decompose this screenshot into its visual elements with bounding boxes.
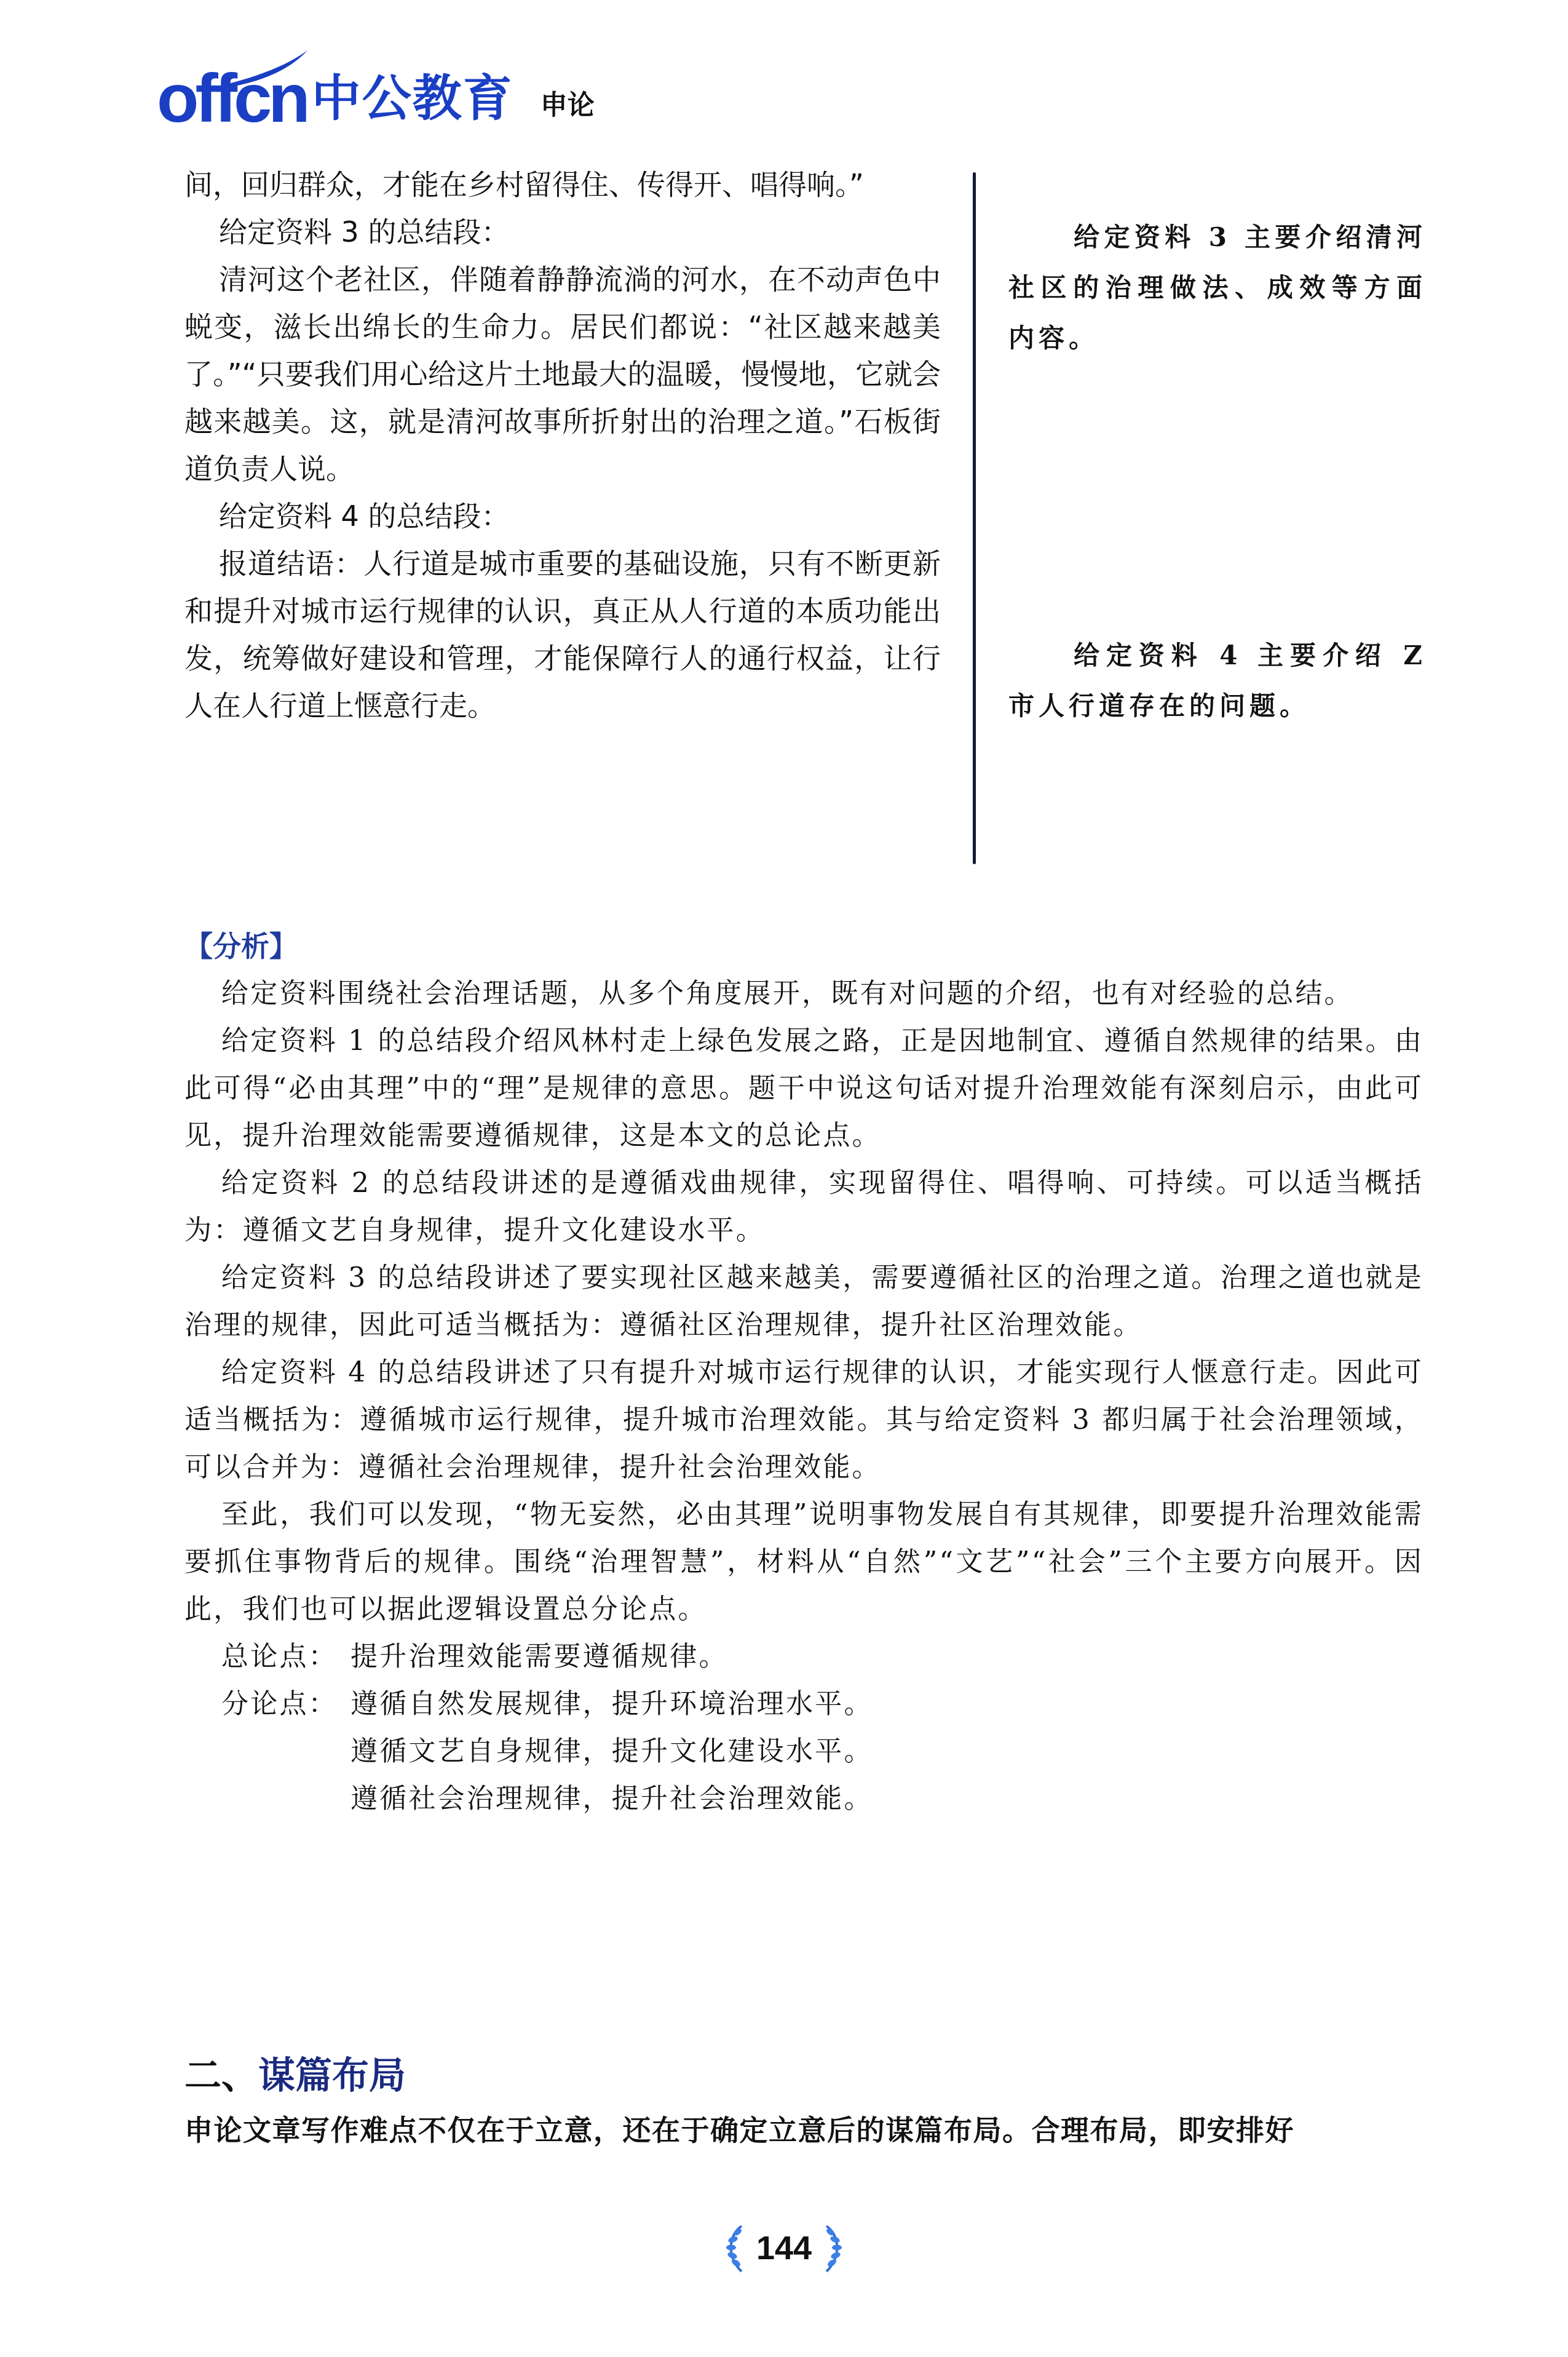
- swoosh-icon: [194, 49, 311, 92]
- excerpt-continuation: 间，回归群众，才能在乡村留得住、传得开、唱得响。”: [184, 161, 941, 209]
- main-point: 总论点： 提升治理效能需要遵循规律。: [184, 1633, 1423, 1680]
- analysis-paragraph: 给定资料 4 的总结段讲述了只有提升对城市运行规律的认识，才能实现行人惬意行走。…: [184, 1349, 1423, 1491]
- sub-point: 分论点： 遵循自然发展规律，提升环境治理水平。: [184, 1680, 1423, 1728]
- section-heading: 二、谋篇布局: [184, 2048, 406, 2104]
- publisher-logo: offcn 中公教育 申论: [157, 62, 595, 129]
- section-title: 谋篇布局: [258, 2054, 406, 2097]
- sub-point: 分论点： 遵循文艺自身规律，提升文化建设水平。: [184, 1728, 1423, 1775]
- column-divider: [973, 172, 976, 864]
- main-point-value: 提升治理效能需要遵循规律。: [350, 1633, 728, 1680]
- excerpt-heading-3: 给定资料 3 的总结段：: [184, 209, 941, 256]
- page-number-badge: 144: [710, 2214, 858, 2282]
- sub-point-label: 分论点：: [184, 1680, 350, 1728]
- analysis-body: 给定资料围绕社会治理话题，从多个角度展开，既有对问题的介绍，也有对经验的总结。 …: [184, 970, 1423, 1822]
- analysis-paragraph: 至此，我们可以发现，“物无妄然，必由其理”说明事物发展自有其规律，即要提升治理效…: [184, 1491, 1423, 1633]
- analysis-paragraph: 给定资料围绕社会治理话题，从多个角度展开，既有对问题的介绍，也有对经验的总结。: [184, 970, 1423, 1017]
- laurel-right-icon: [820, 2224, 845, 2273]
- excerpt-heading-4: 给定资料 4 的总结段：: [184, 493, 941, 540]
- brand-chinese: 中公教育: [312, 68, 513, 129]
- sub-point-value: 遵循文艺自身规律，提升文化建设水平。: [350, 1728, 873, 1775]
- sidenote-text: 给定资料 3 主要介绍清河社区的治理做法、成效等方面内容。: [1008, 212, 1427, 364]
- main-point-label: 总论点：: [184, 1633, 350, 1680]
- sidenote-material-4: 给定资料 4 主要介绍 Z 市人行道存在的问题。: [1008, 630, 1427, 731]
- excerpt-body-3: 清河这个老社区，伴随着静静流淌的河水，在不动声色中蜕变，滋长出绵长的生命力。居民…: [184, 256, 941, 493]
- section-number: 二、: [184, 2054, 258, 2097]
- analysis-paragraph: 给定资料 2 的总结段讲述的是遵循戏曲规律，实现留得住、唱得响、可持续。可以适当…: [184, 1159, 1423, 1254]
- page-number: 144: [756, 2229, 812, 2267]
- material-excerpts: 间，回归群众，才能在乡村留得住、传得开、唱得响。” 给定资料 3 的总结段： 清…: [184, 161, 941, 729]
- analysis-label: 【分析】: [184, 923, 298, 970]
- section-body: 申论文章写作难点不仅在于立意，还在于确定立意后的谋篇布局。合理布局，即安排好: [184, 2107, 1423, 2154]
- excerpt-body-4: 报道结语：人行道是城市重要的基础设施，只有不断更新和提升对城市运行规律的认识，真…: [184, 540, 941, 729]
- laurel-left-icon: [723, 2224, 748, 2273]
- sidenote-material-3: 给定资料 3 主要介绍清河社区的治理做法、成效等方面内容。: [1008, 212, 1427, 364]
- book-subject: 申论: [540, 87, 595, 124]
- analysis-paragraph: 给定资料 1 的总结段介绍风林村走上绿色发展之路，正是因地制宜、遵循自然规律的结…: [184, 1017, 1423, 1159]
- analysis-paragraph: 给定资料 3 的总结段讲述了要实现社区越来越美，需要遵循社区的治理之道。治理之道…: [184, 1254, 1423, 1349]
- sub-point-value: 遵循自然发展规律，提升环境治理水平。: [350, 1680, 873, 1728]
- sub-point-value: 遵循社会治理规律，提升社会治理效能。: [350, 1775, 873, 1822]
- sub-point: 分论点： 遵循社会治理规律，提升社会治理效能。: [184, 1775, 1423, 1822]
- thesis-points: 总论点： 提升治理效能需要遵循规律。 分论点： 遵循自然发展规律，提升环境治理水…: [184, 1633, 1423, 1822]
- sidenote-text: 给定资料 4 主要介绍 Z 市人行道存在的问题。: [1008, 630, 1427, 731]
